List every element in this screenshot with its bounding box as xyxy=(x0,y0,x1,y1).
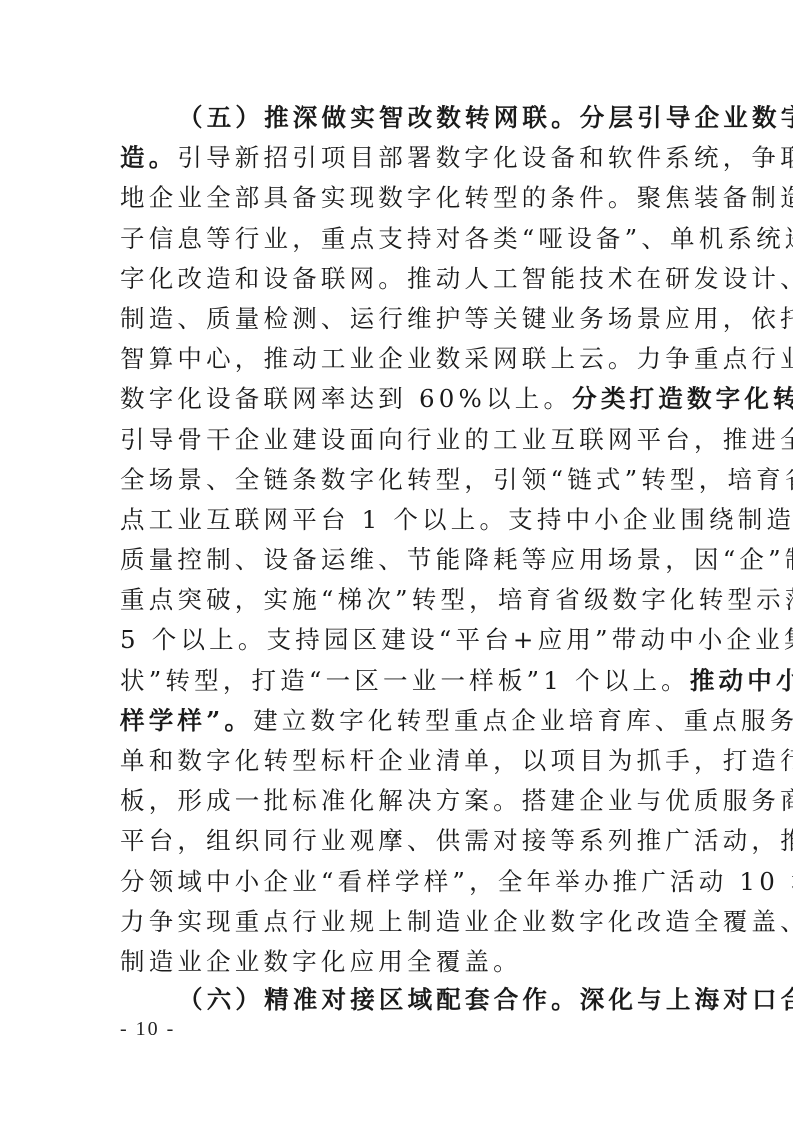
text-line: 全场景、全链条数字化转型，引领“链式”转型，培育省级重 xyxy=(120,460,676,500)
text-line: 子信息等行业，重点支持对各类“哑设备”、单机系统进行数 xyxy=(120,219,676,259)
bold-phrase: 造。 xyxy=(120,143,177,172)
text-line: （五）推深做实智改数转网联。分层引导企业数字化改 xyxy=(120,98,676,138)
text-run: 状”转型，打造“一区一业一样板”1 个以上。 xyxy=(120,666,690,695)
text-run: 制造业企业数字化应用全覆盖。 xyxy=(120,947,522,976)
text-line: 重点突破，实施“梯次”转型，培育省级数字化转型示范项目 xyxy=(120,580,676,620)
text-run: 地企业全部具备实现数字化转型的条件。聚焦装备制造、电 xyxy=(120,183,793,212)
text-run: 引导骨干企业建设面向行业的工业互联网平台，推进全流程、 xyxy=(120,425,793,454)
text-run: 字化改造和设备联网。推动人工智能技术在研发设计、生产 xyxy=(120,264,793,293)
bold-phrase: 样学样”。 xyxy=(120,706,253,735)
text-run: 制造、质量检测、运行维护等关键业务场景应用，依托本地 xyxy=(120,304,793,333)
page-number: - 10 - xyxy=(120,1018,175,1041)
text-line: 字化改造和设备联网。推动人工智能技术在研发设计、生产 xyxy=(120,259,676,299)
bold-phrase: 推动中小企业“看 xyxy=(690,666,793,695)
section-5-body: （五）推深做实智改数转网联。分层引导企业数字化改造。引导新招引项目部署数字化设备… xyxy=(120,98,676,982)
text-line: 引导骨干企业建设面向行业的工业互联网平台，推进全流程、 xyxy=(120,420,676,460)
document-page: （五）推深做实智改数转网联。分层引导企业数字化改造。引导新招引项目部署数字化设备… xyxy=(0,0,793,1122)
text-run: 质量控制、设备运维、节能降耗等应用场景，因“企”制宜、 xyxy=(120,545,793,574)
text-run: 智算中心，推动工业企业数采网联上云。力争重点行业企业 xyxy=(120,344,793,373)
text-line: 智算中心，推动工业企业数采网联上云。力争重点行业企业 xyxy=(120,339,676,379)
text-line: 板，形成一批标准化解决方案。搭建企业与优质服务商对接 xyxy=(120,781,676,821)
section-6-heading: （六）精准对接区域配套合作。深化与上海对口合作。 xyxy=(178,980,793,1020)
text-line: 地企业全部具备实现数字化转型的条件。聚焦装备制造、电 xyxy=(120,178,676,218)
text-run: 子信息等行业，重点支持对各类“哑设备”、单机系统进行数 xyxy=(120,224,793,253)
text-line: 制造业企业数字化应用全覆盖。 xyxy=(120,942,676,982)
text-run: 单和数字化转型标杆企业清单，以项目为抓手，打造行业样 xyxy=(120,746,793,775)
text-line: 力争实现重点行业规上制造业企业数字化改造全覆盖、规下 xyxy=(120,902,676,942)
text-run: 力争实现重点行业规上制造业企业数字化改造全覆盖、规下 xyxy=(120,907,793,936)
text-run: 重点突破，实施“梯次”转型，培育省级数字化转型示范项目 xyxy=(120,585,793,614)
text-run: 点工业互联网平台 1 个以上。支持中小企业围绕制造执行、 xyxy=(120,505,793,534)
text-run: 分领域中小企业“看样学样”，全年举办推广活动 10 场次以上， xyxy=(120,867,793,896)
bold-phrase: （五）推深做实智改数转网联。分层引导企业数字化改 xyxy=(178,103,793,132)
text-run: 建立数字化转型重点企业培育库、重点服务商清 xyxy=(253,706,793,735)
text-line: 制造、质量检测、运行维护等关键业务场景应用，依托本地 xyxy=(120,299,676,339)
text-line: 造。引导新招引项目部署数字化设备和软件系统，争取新落 xyxy=(120,138,676,178)
text-line: 单和数字化转型标杆企业清单，以项目为抓手，打造行业样 xyxy=(120,741,676,781)
text-line: 质量控制、设备运维、节能降耗等应用场景，因“企”制宜、 xyxy=(120,540,676,580)
text-run: 5 个以上。支持园区建设“平台+应用”带动中小企业集群“面 xyxy=(120,625,793,654)
text-line: 点工业互联网平台 1 个以上。支持中小企业围绕制造执行、 xyxy=(120,500,676,540)
text-line: 样学样”。建立数字化转型重点企业培育库、重点服务商清 xyxy=(120,701,676,741)
text-line: 5 个以上。支持园区建设“平台+应用”带动中小企业集群“面 xyxy=(120,620,676,660)
text-line: 平台，组织同行业观摩、供需对接等系列推广活动，推动细 xyxy=(120,821,676,861)
text-run: 引导新招引项目部署数字化设备和软件系统，争取新落 xyxy=(177,143,793,172)
text-run: 板，形成一批标准化解决方案。搭建企业与优质服务商对接 xyxy=(120,786,793,815)
text-line: 状”转型，打造“一区一业一样板”1 个以上。推动中小企业“看 xyxy=(120,661,676,701)
text-line: 分领域中小企业“看样学样”，全年举办推广活动 10 场次以上， xyxy=(120,862,676,902)
text-run: 全场景、全链条数字化转型，引领“链式”转型，培育省级重 xyxy=(120,465,793,494)
bold-phrase: 分类打造数字化转型标杆。 xyxy=(572,384,793,413)
text-line: 数字化设备联网率达到 60%以上。分类打造数字化转型标杆。 xyxy=(120,379,676,419)
text-run: 平台，组织同行业观摩、供需对接等系列推广活动，推动细 xyxy=(120,826,793,855)
text-run: 数字化设备联网率达到 60%以上。 xyxy=(120,384,572,413)
